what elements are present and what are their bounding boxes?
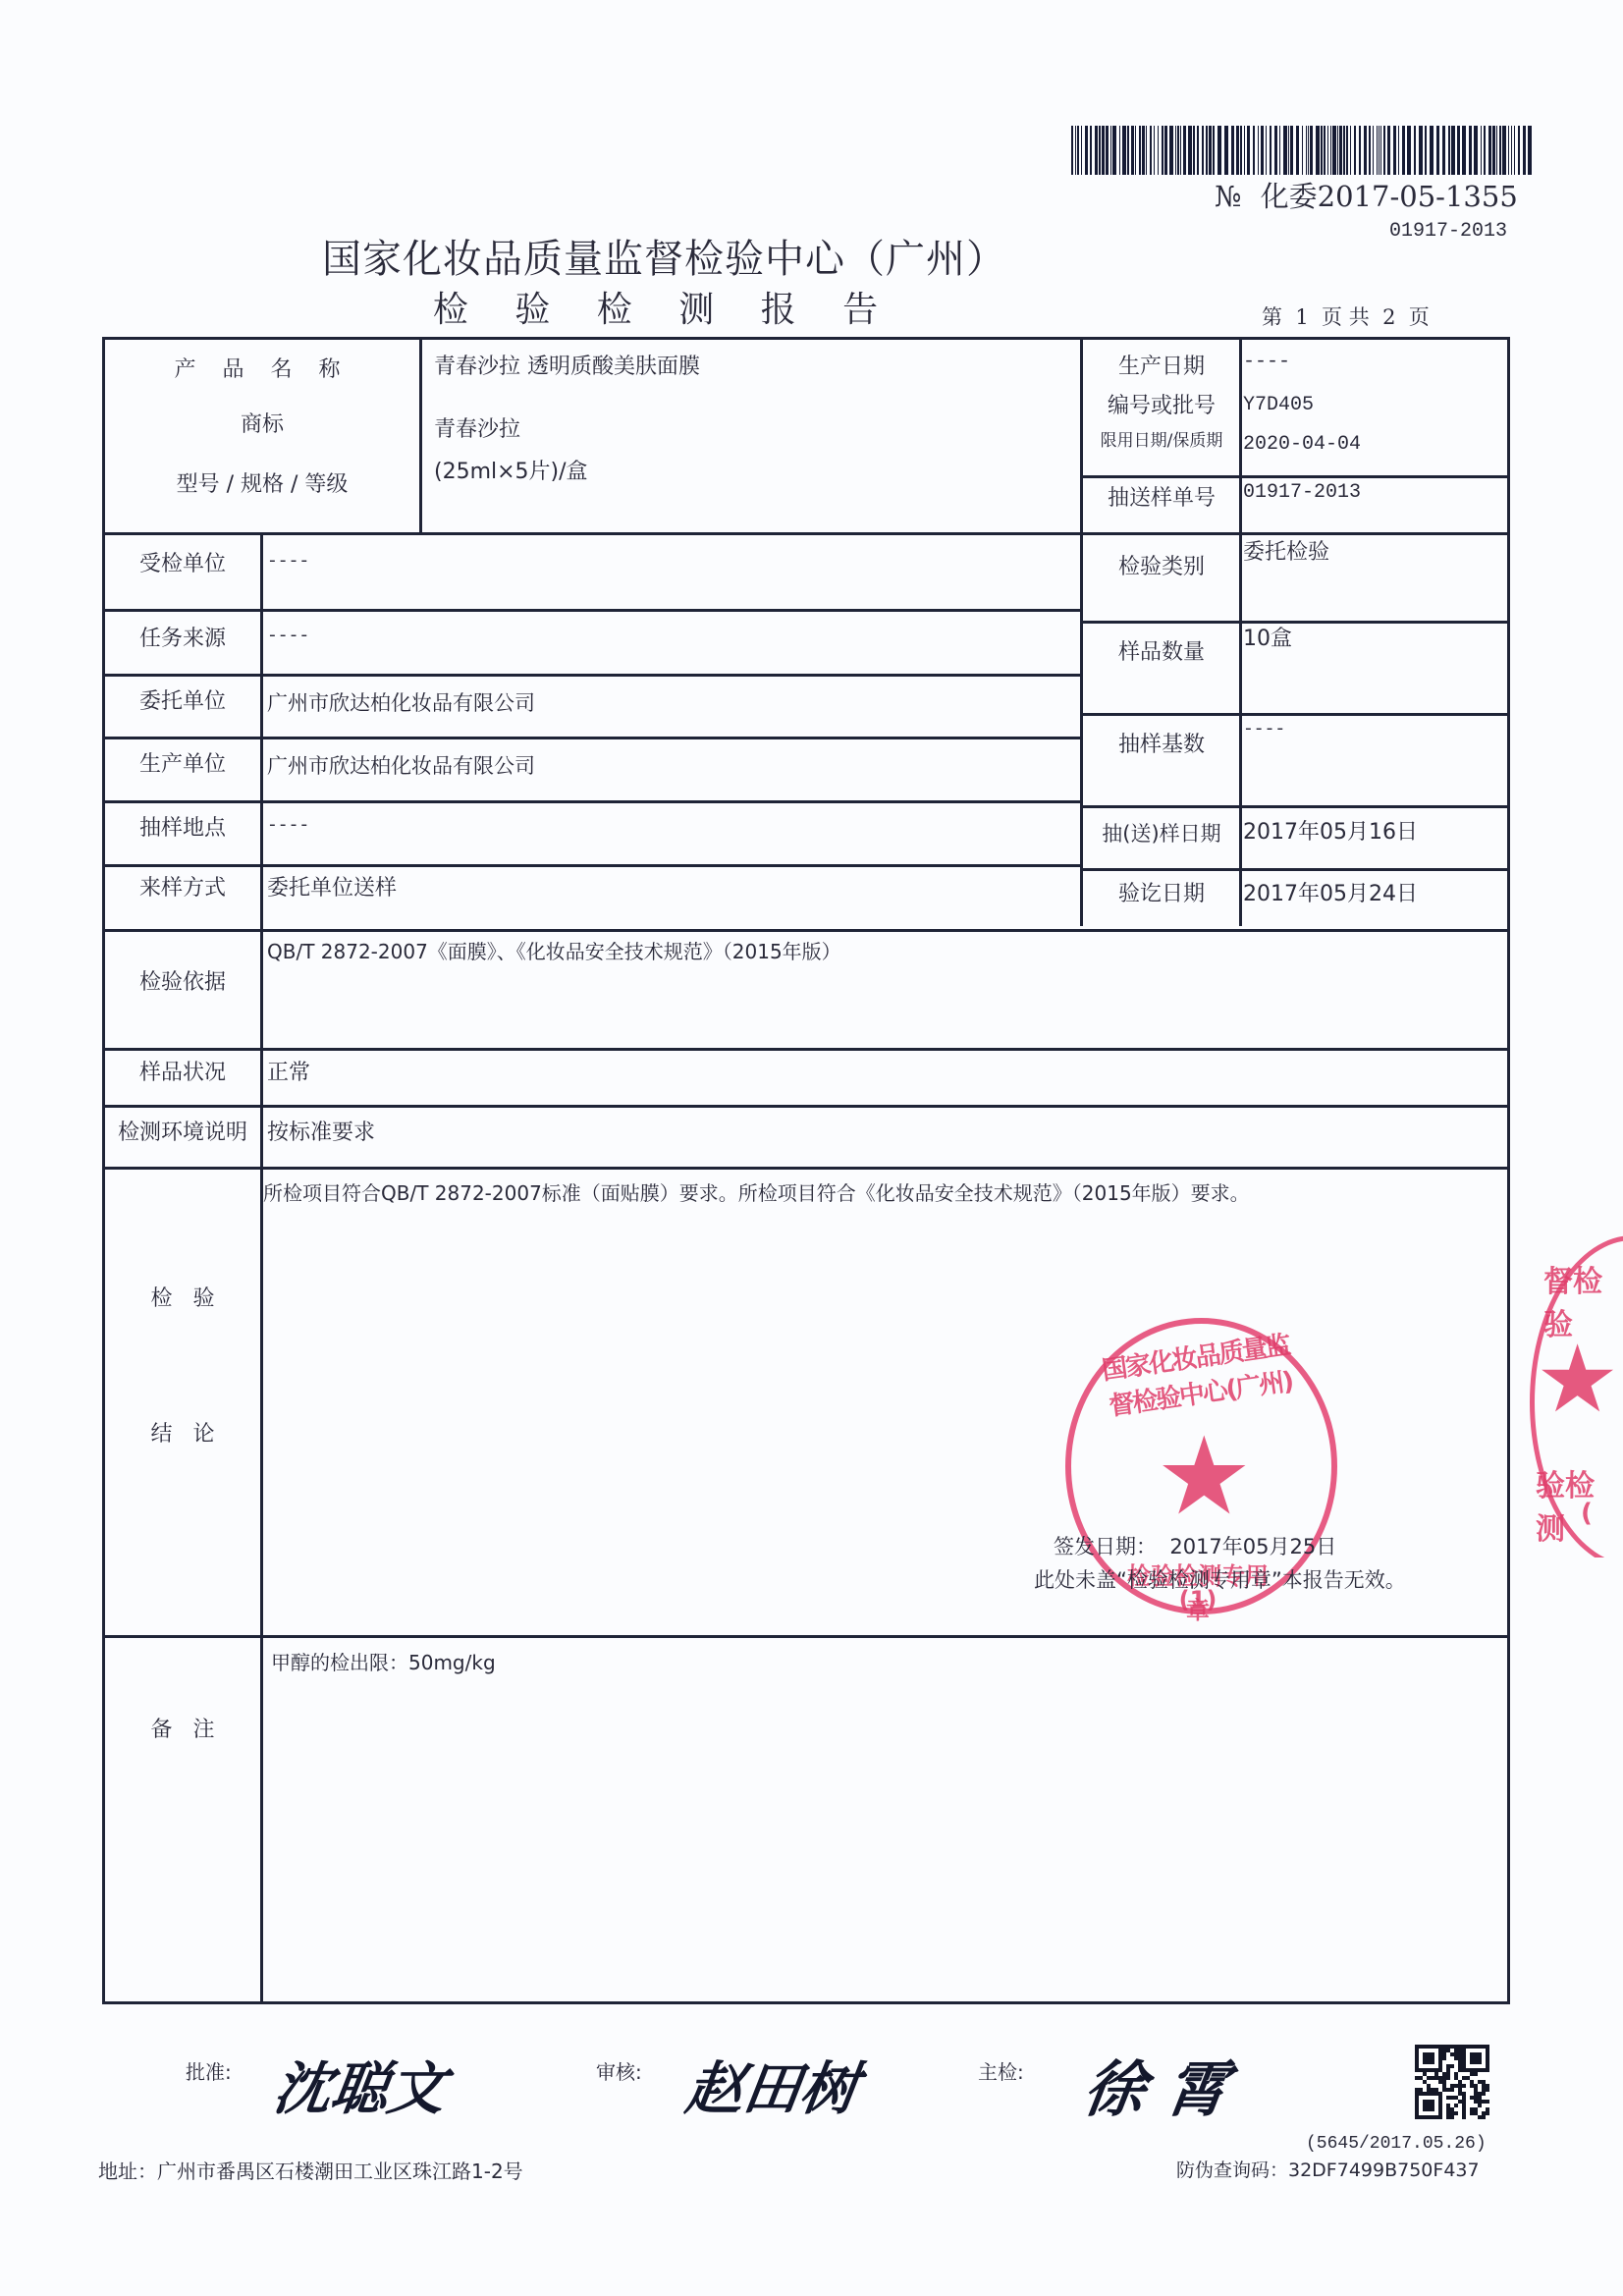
value-batch-number: Y7D405	[1243, 394, 1314, 417]
label-conclusion-2: 结 论	[105, 1422, 260, 1448]
label-batch-number: 编号或批号	[1083, 394, 1240, 419]
label-inspected-unit: 受检单位	[105, 552, 260, 577]
label-expiry: 限用日期/保质期	[1083, 431, 1240, 451]
approver-signature: 沈聪文	[269, 2043, 452, 2125]
page-indicator: 第 1 页 共 2 页	[1262, 305, 1430, 330]
label-model: 型号 / 规格 / 等级	[105, 472, 419, 498]
value-basis: QB/T 2872-2007《面膜》、《化妆品安全技术规范》（2015年版）	[267, 940, 841, 963]
side-seal-stamp: 督检验 ★ 验检测 (	[1522, 1235, 1623, 1558]
value-production-date: ----	[1243, 351, 1290, 374]
value-sampling-base: ----	[1243, 720, 1285, 741]
label-environment: 检测环境说明	[103, 1121, 262, 1146]
label-sampling-location: 抽样地点	[105, 816, 260, 842]
value-model: (25ml×5片)/盒	[434, 460, 588, 485]
value-inspected-unit: ----	[267, 552, 309, 574]
value-completion-date: 2017年05月24日	[1243, 882, 1418, 907]
label-basis: 检验依据	[105, 970, 260, 996]
org-title: 国家化妆品质量监督检验中心（广州）	[0, 228, 1623, 284]
label-sample-quantity: 样品数量	[1083, 640, 1240, 666]
value-sampling-location: ----	[267, 816, 309, 838]
reviewer-label: 审核:	[596, 2060, 642, 2084]
value-product-name: 青春沙拉 透明质酸美肤面膜	[434, 355, 700, 380]
value-task-source: ----	[267, 627, 309, 648]
side-stamp-star-icon: ★	[1536, 1334, 1619, 1427]
anti-fake-code: 防伪查询码：32DF7499B750F437	[1176, 2159, 1480, 2182]
label-product-name: 产 品 名 称	[105, 357, 419, 383]
label-sampling-date: 抽(送)样日期	[1083, 822, 1240, 847]
value-client-unit: 广州市欣达柏化妆品有限公司	[267, 691, 535, 716]
value-manufacturer: 广州市欣达柏化妆品有限公司	[267, 754, 535, 779]
value-sample-delivery: 委托单位送样	[267, 876, 397, 902]
report-number-value: 化委2017-05-1355	[1261, 180, 1518, 213]
label-production-date: 生产日期	[1083, 355, 1240, 380]
reviewer-signature: 赵田树	[681, 2043, 864, 2125]
label-brand: 商标	[105, 412, 419, 438]
inspector-label: 主检:	[978, 2060, 1024, 2084]
stamp-star-icon: ★	[1156, 1422, 1253, 1530]
label-sample-order: 抽送样单号	[1083, 486, 1240, 512]
report-number-prefix: №	[1215, 180, 1241, 213]
value-environment: 按标准要求	[267, 1121, 375, 1146]
value-condition: 正常	[267, 1061, 310, 1086]
report-number: № 化委2017-05-1355	[1215, 180, 1518, 214]
conclusion-text: 所检项目符合QB/T 2872-2007标准（面贴膜）要求。所检项目符合《化妆品…	[263, 1181, 1250, 1205]
address: 地址：广州市番禺区石楼潮田工业区珠江路1-2号	[98, 2159, 523, 2183]
barcode	[1071, 126, 1533, 175]
value-inspection-type: 委托检验	[1243, 540, 1329, 566]
side-stamp-bottom-text: 验检测	[1536, 1461, 1623, 1548]
value-sampling-date: 2017年05月16日	[1243, 820, 1418, 846]
verification-qr-code[interactable]	[1415, 2045, 1489, 2119]
label-task-source: 任务来源	[105, 627, 260, 652]
inspector-signature: 徐 霄	[1079, 2041, 1234, 2128]
value-sample-order: 01917-2013	[1243, 481, 1361, 505]
stamp-notice: 此处未盖“检验检测专用章”本报告无效。	[1034, 1568, 1406, 1593]
value-brand: 青春沙拉	[434, 417, 520, 443]
print-code: (5645/2017.05.26)	[1306, 2134, 1487, 2156]
label-manufacturer: 生产单位	[105, 752, 260, 778]
side-stamp-number: (	[1581, 1499, 1593, 1528]
label-remarks: 备 注	[105, 1718, 260, 1743]
value-sample-quantity: 10盒	[1243, 627, 1292, 652]
label-sample-delivery: 来样方式	[105, 876, 260, 902]
label-completion-date: 验讫日期	[1083, 882, 1240, 907]
value-remarks: 甲醇的检出限：50mg/kg	[271, 1651, 496, 1674]
approver-label: 批准:	[186, 2060, 232, 2084]
label-client-unit: 委托单位	[105, 689, 260, 715]
value-expiry: 2020-04-04	[1243, 433, 1361, 457]
label-conclusion-1: 检 验	[105, 1286, 260, 1312]
label-condition: 样品状况	[105, 1061, 260, 1086]
label-inspection-type: 检验类别	[1083, 555, 1240, 580]
issue-date: 签发日期： 2017年05月25日	[1054, 1535, 1336, 1559]
label-sampling-base: 抽样基数	[1083, 733, 1240, 758]
